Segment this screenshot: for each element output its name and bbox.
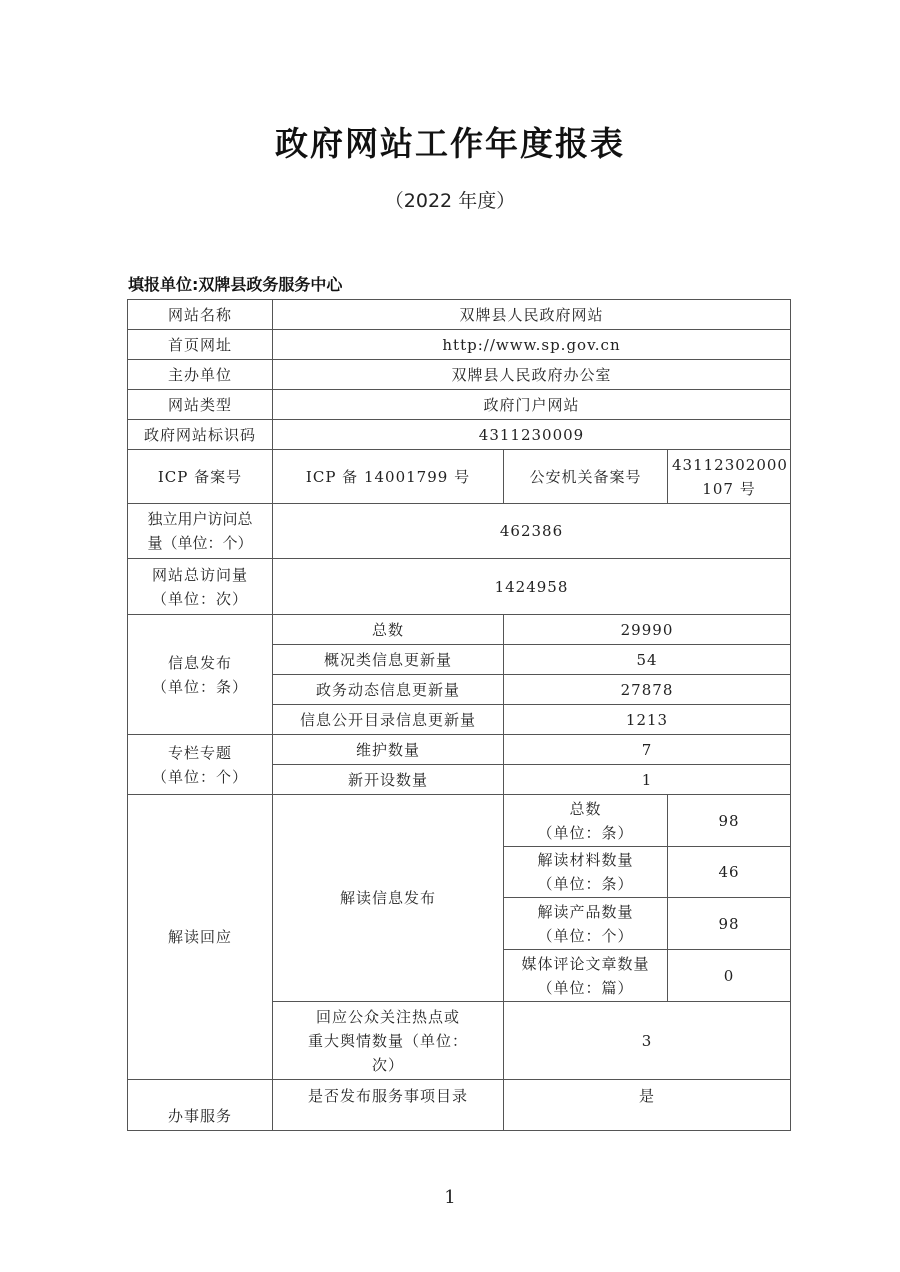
interp-row-value: 98 [668,898,791,950]
site-type-label: 网站类型 [128,390,273,420]
filler-unit: 填报单位:双牌县政务服务中心 [128,272,342,295]
info-publish-label: 信息发布 （单位：条） [128,615,273,735]
unique-visitors-value: 462386 [273,504,791,559]
info-row-label: 总数 [273,615,504,645]
row-info-total: 信息发布 （单位：条） 总数 29990 [128,615,791,645]
columns-row-value: 1 [504,765,791,795]
interp-row-value: 46 [668,847,791,898]
columns-label: 专栏专题 （单位：个） [128,735,273,795]
interpretation-label: 解读回应 [128,795,273,1080]
row-interp-total: 解读回应 解读信息发布 总数 （单位：条） 98 [128,795,791,847]
interp-row-value: 98 [668,795,791,847]
icp-label: ICP 备案号 [128,450,273,504]
columns-row-label: 维护数量 [273,735,504,765]
row-site-type: 网站类型 政府门户网站 [128,390,791,420]
interp-row-label-line1: 解读材料数量 [508,848,663,872]
row-unique-visitors: 独立用户访问总 量（单位：个） 462386 [128,504,791,559]
interp-row-label-line1: 总数 [508,797,663,821]
page-number: 1 [0,1187,900,1208]
total-visits-value: 1424958 [273,559,791,615]
site-name-value: 双牌县人民政府网站 [273,300,791,330]
info-row-value: 54 [504,645,791,675]
homepage-url-label: 首页网址 [128,330,273,360]
response-label-line2: 重大舆情数量（单位： [277,1029,499,1053]
police-record-line2: 107 号 [672,477,786,501]
info-row-value: 27878 [504,675,791,705]
unique-visitors-label: 独立用户访问总 量（单位：个） [128,504,273,559]
icp-value: ICP 备 14001799 号 [273,450,504,504]
interp-row-label: 解读材料数量 （单位：条） [504,847,668,898]
interp-row-label: 解读产品数量 （单位：个） [504,898,668,950]
interp-row-label-line1: 解读产品数量 [508,900,663,924]
row-homepage-url: 首页网址 http://www.sp.gov.cn [128,330,791,360]
interp-row-label-line2: （单位：篇） [508,976,663,1000]
site-type-value: 政府门户网站 [273,390,791,420]
site-id-code-value: 4311230009 [273,420,791,450]
site-id-code-label: 政府网站标识码 [128,420,273,450]
columns-label-line1: 专栏专题 [132,741,268,765]
interp-row-label: 媒体评论文章数量 （单位：篇） [504,950,668,1002]
response-value: 3 [504,1002,791,1080]
row-site-name: 网站名称 双牌县人民政府网站 [128,300,791,330]
unique-visitors-label-line1: 独立用户访问总 [132,507,268,531]
page-title: 政府网站工作年度报表 [0,118,900,165]
sponsor-label: 主办单位 [128,360,273,390]
row-sponsor: 主办单位 双牌县人民政府办公室 [128,360,791,390]
site-name-label: 网站名称 [128,300,273,330]
response-label-line3: 次） [277,1053,499,1077]
interp-row-label-line2: （单位：个） [508,924,663,948]
police-record-label: 公安机关备案号 [504,450,668,504]
info-row-value: 29990 [504,615,791,645]
interp-row-label-line2: （单位：条） [508,821,663,845]
info-row-value: 1213 [504,705,791,735]
info-publish-label-line1: 信息发布 [132,651,268,675]
row-icp: ICP 备案号 ICP 备 14001799 号 公安机关备案号 4311230… [128,450,791,504]
info-publish-label-line2: （单位：条） [132,675,268,699]
interp-row-label: 总数 （单位：条） [504,795,668,847]
police-record-value: 43112302000 107 号 [668,450,791,504]
interp-row-label-line1: 媒体评论文章数量 [508,952,663,976]
interp-row-label-line2: （单位：条） [508,872,663,896]
row-services-catalog: 办事服务 是否发布服务事项目录 是 [128,1080,791,1131]
columns-label-line2: （单位：个） [132,765,268,789]
row-site-id-code: 政府网站标识码 4311230009 [128,420,791,450]
total-visits-label: 网站总访问量 （单位：次） [128,559,273,615]
interpretation-publish-label: 解读信息发布 [273,795,504,1002]
services-row-label: 是否发布服务事项目录 [273,1080,504,1131]
services-row-value: 是 [504,1080,791,1131]
total-visits-label-line2: （单位：次） [132,587,268,611]
homepage-url-value: http://www.sp.gov.cn [273,330,791,360]
row-total-visits: 网站总访问量 （单位：次） 1424958 [128,559,791,615]
total-visits-label-line1: 网站总访问量 [132,563,268,587]
info-row-label: 信息公开目录信息更新量 [273,705,504,735]
police-record-line1: 43112302000 [672,453,786,477]
info-row-label: 概况类信息更新量 [273,645,504,675]
columns-row-label: 新开设数量 [273,765,504,795]
services-label: 办事服务 [128,1080,273,1131]
report-year: （2022 年度） [0,186,900,213]
unique-visitors-label-line2: 量（单位：个） [132,531,268,555]
columns-row-value: 7 [504,735,791,765]
response-label: 回应公众关注热点或 重大舆情数量（单位： 次） [273,1002,504,1080]
interp-row-value: 0 [668,950,791,1002]
row-columns-maintained: 专栏专题 （单位：个） 维护数量 7 [128,735,791,765]
sponsor-value: 双牌县人民政府办公室 [273,360,791,390]
info-row-label: 政务动态信息更新量 [273,675,504,705]
response-label-line1: 回应公众关注热点或 [277,1005,499,1029]
report-table: 网站名称 双牌县人民政府网站 首页网址 http://www.sp.gov.cn… [127,299,791,1131]
